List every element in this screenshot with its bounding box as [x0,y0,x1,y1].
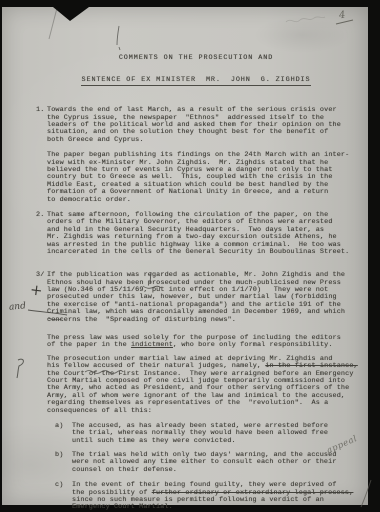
paragraph-number: c) [55,482,72,512]
text-segment: to democratic order. [47,196,131,204]
paragraph: The paper began publishing its findings … [36,152,356,204]
text-segment: both Greece and Cyprus. [47,136,144,144]
text-segment: consequences of all this: [47,407,152,415]
paragraph-number: b) [55,452,72,474]
text-line: to democratic order. [47,197,356,204]
paragraph-text: In the event of their being found guilty… [72,482,356,512]
handwritten-margin-word: and [9,301,27,312]
text-segment: Emergency Court Martial. [72,503,173,511]
text-line: consequences of all this: [47,408,356,415]
text-segment: until such time as they were convicted. [72,437,236,445]
title-line-2: SENTENCE OF EX MINISTER MR. JOHN G. ZIGH… [36,77,356,84]
paragraph: 3/If the publication was regarded as act… [36,272,356,324]
text-segment: , who bore only formal responsibility. [173,341,333,349]
scanned-document-photo: { "header": { "title_line1": "COMMENTS O… [0,0,380,512]
paragraph: 2.That same afternoon, following the cir… [36,212,356,256]
text-line: both Greece and Cyprus. [47,137,356,144]
underlined-text: indictment [131,341,173,349]
paragraph-number: 2. [36,212,47,256]
text-line: of the paper in the indictment, who bore… [47,342,356,349]
text-segment: incarcerated in the cells of the General… [47,248,349,256]
paragraph-number [36,356,47,415]
text-line: Emergency Court Martial. [72,504,356,511]
paragraph-number: a) [55,423,72,445]
text-line: concerns the "Spreading of disturbing ne… [47,317,356,324]
handwritten-plus-mark: + [29,280,44,299]
document-page: COMMENTS ON THE PROSECUTION AND SENTENCE… [2,7,368,505]
paragraph: The press law was used solely for the pu… [36,335,356,350]
text-segment: concerns the "Spreading of disturbing ne… [47,316,236,324]
paragraph-text: The press law was used solely for the pu… [47,335,356,350]
text-segment: counsel on their defense. [72,466,177,474]
document-title: COMMENTS ON THE PROSECUTION AND SENTENCE… [36,40,356,99]
paragraph-number [36,335,47,350]
sub-paragraph: a)The accused, as has already been state… [36,423,356,445]
paragraph-text: Towards the end of last March, as a resu… [47,107,356,144]
text-line: until such time as they were convicted. [72,438,356,445]
paragraph: 1.Towards the end of last March, as a re… [36,107,356,144]
paragraph-text: That same afternoon, following the circu… [47,212,356,256]
paragraph-text: The prosecution under martial law aimed … [47,356,356,415]
sub-paragraph: c)In the event of their being found guil… [36,482,356,512]
paragraph-number: 1. [36,107,47,144]
paragraph: The prosecution under martial law aimed … [36,356,356,415]
paragraph-text: The accused, as has already been stated,… [72,423,356,445]
title-line-1: COMMENTS ON THE PROSECUTION AND [36,55,356,62]
paragraph-text: The trial was held with only two days' w… [72,452,356,474]
text-line: counsel on their defense. [72,467,356,474]
paragraph-text: The paper began publishing its findings … [47,152,356,204]
text-segment: of the paper in the [47,341,131,349]
document-content: COMMENTS ON THE PROSECUTION AND SENTENCE… [2,7,368,512]
sub-paragraph: b)The trial was held with only two days'… [36,452,356,474]
paragraph-text: If the publication was regarded as actio… [47,272,356,324]
handwritten-page-number: 4 [338,10,346,22]
text-line: incarcerated in the cells of the General… [47,249,356,256]
document-body: 1.Towards the end of last March, as a re… [36,107,356,512]
paragraph-number [36,152,47,204]
